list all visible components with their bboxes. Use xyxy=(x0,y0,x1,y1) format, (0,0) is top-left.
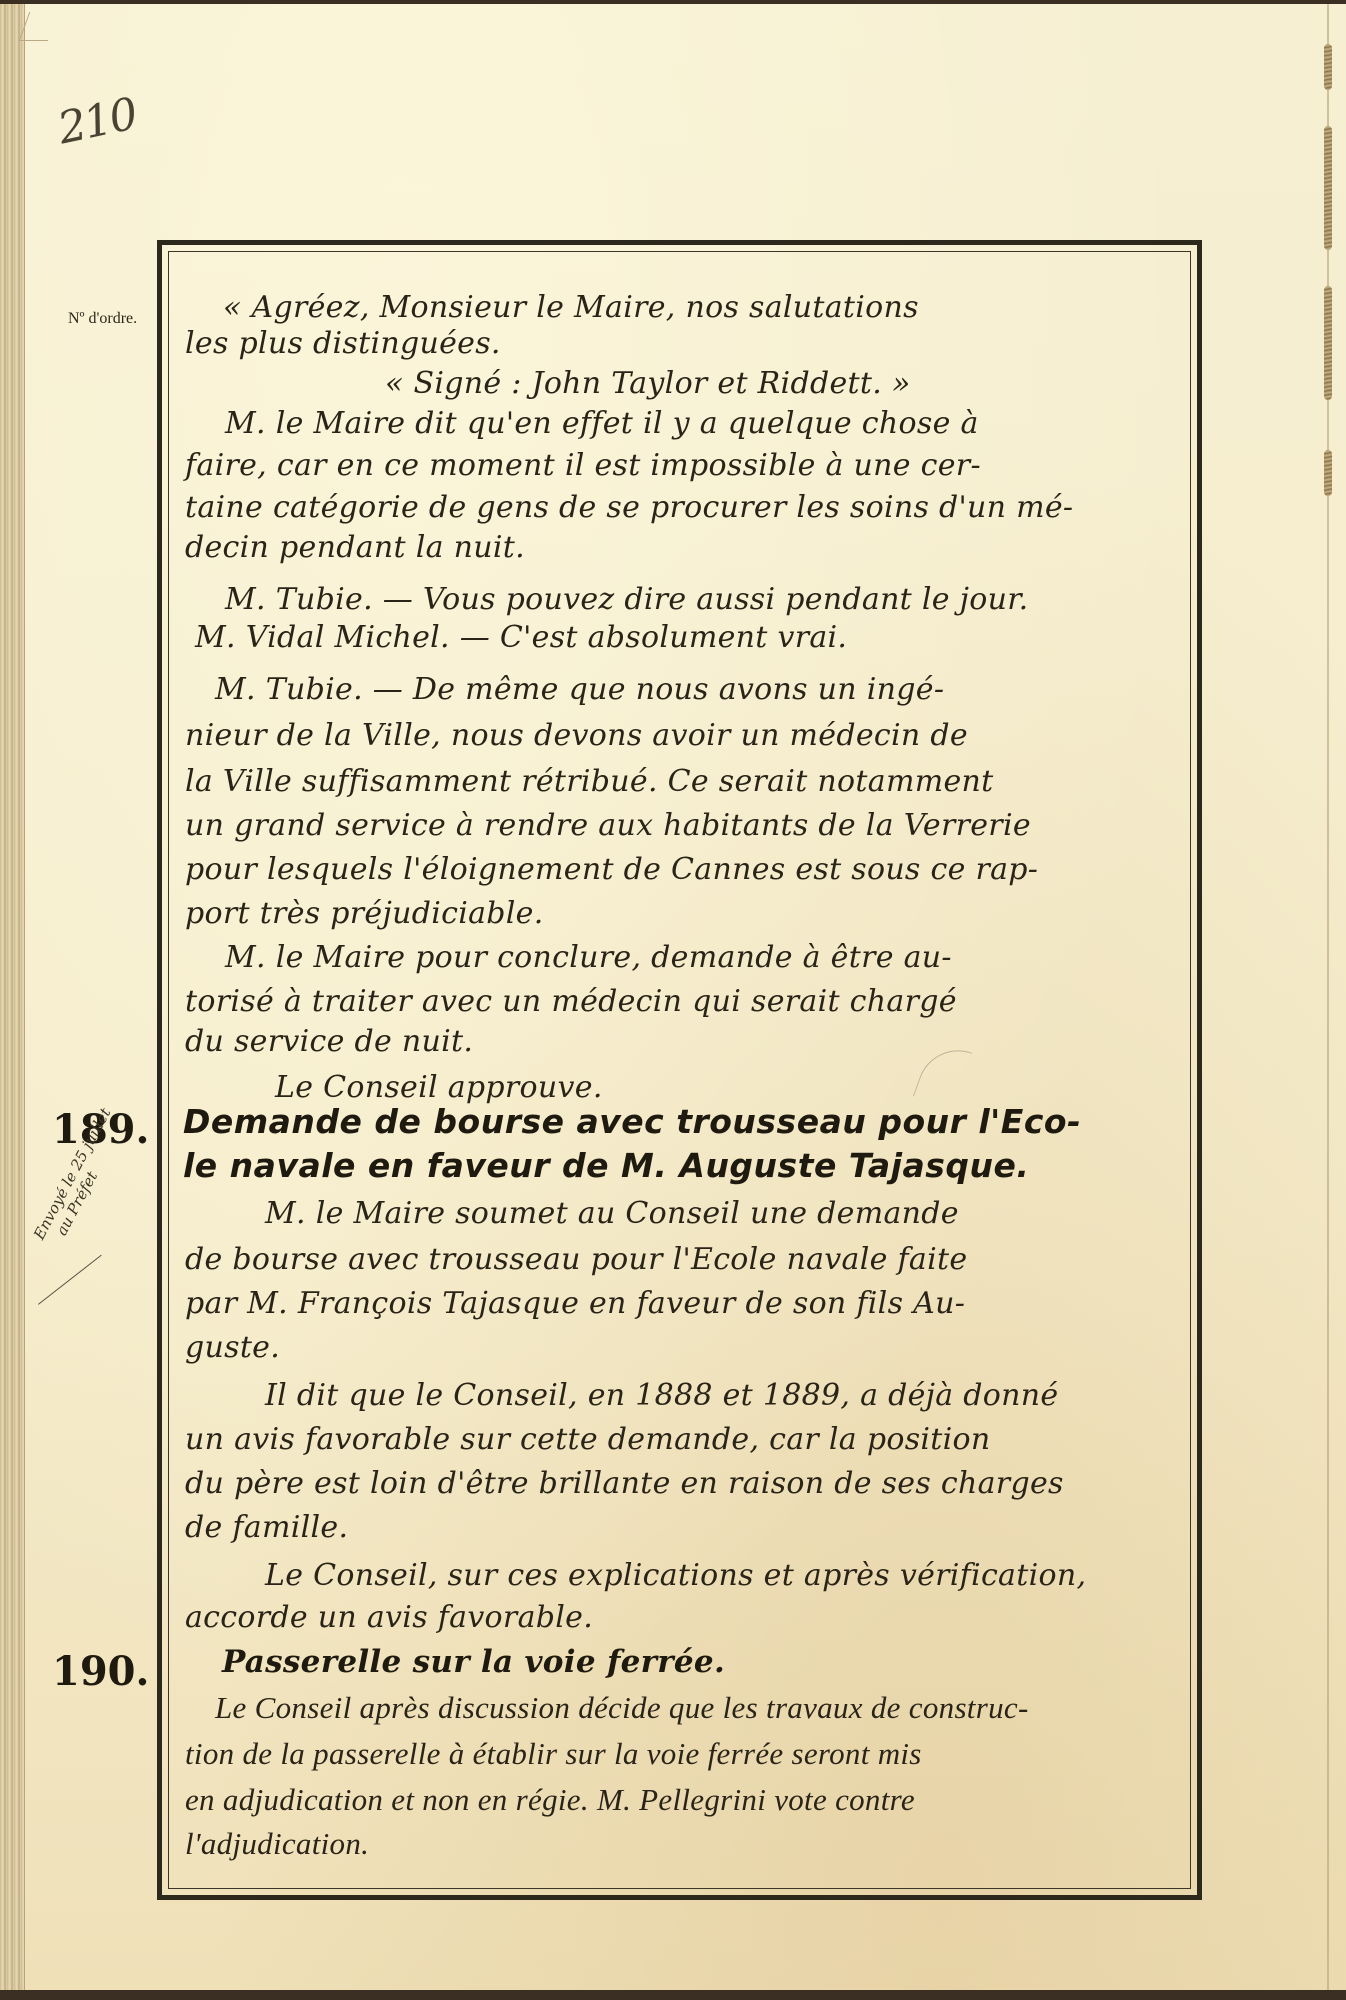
manuscript-line: pour lesquels l'éloignement de Cannes es… xyxy=(185,852,1225,887)
manuscript-line: de famille. xyxy=(185,1510,1225,1545)
manuscript-line: M. Tubie. — De même que nous avons un in… xyxy=(215,672,1255,707)
manuscript-line: les plus distinguées. xyxy=(185,326,1225,361)
manuscript-line: port très préjudiciable. xyxy=(185,896,1225,931)
manuscript-line: « Signé : John Taylor et Riddett. » xyxy=(385,366,1346,401)
item-heading: Demande de bourse avec trousseau pour l'… xyxy=(183,1102,1223,1141)
manuscript-line: du père est loin d'être brillante en rai… xyxy=(185,1466,1225,1501)
manuscript-line: un avis favorable sur cette demande, car… xyxy=(185,1422,1225,1457)
manuscript-line: Le Conseil approuve. xyxy=(275,1070,1315,1105)
manuscript-line: Le Conseil, sur ces explications et aprè… xyxy=(265,1558,1305,1593)
item-heading: Passerelle sur la voie ferrée. xyxy=(222,1644,1262,1680)
item-heading: le navale en faveur de M. Auguste Tajasq… xyxy=(183,1146,1223,1185)
manuscript-line: la Ville suffisamment rétribué. Ce serai… xyxy=(185,764,1225,799)
page-bottom-shadow xyxy=(0,1990,1346,2000)
manuscript-line: torisé à traiter avec un médecin qui ser… xyxy=(185,984,1225,1019)
page-number: 210 xyxy=(54,88,141,154)
manuscript-line: guste. xyxy=(185,1330,1225,1365)
manuscript-line: en adjudication et non en régie. M. Pell… xyxy=(185,1782,1225,1818)
manuscript-line: M. Vidal Michel. — C'est absolument vrai… xyxy=(195,620,1235,655)
binding-thread xyxy=(1324,126,1332,250)
manuscript-line: « Agréez, Monsieur le Maire, nos salutat… xyxy=(223,290,1263,325)
register-page: 210 Nº d'ordre. « Agréez, Monsieur le Ma… xyxy=(0,4,1346,1994)
margin-annotation-rule xyxy=(38,1255,102,1305)
manuscript-line: M. Tubie. — Vous pouvez dire aussi penda… xyxy=(225,582,1265,617)
manuscript-line: Il dit que le Conseil, en 1888 et 1889, … xyxy=(265,1378,1305,1413)
binding-thread xyxy=(1324,44,1332,90)
manuscript-line: de bourse avec trousseau pour l'Ecole na… xyxy=(185,1242,1225,1277)
manuscript-line: M. le Maire pour conclure, demande à êtr… xyxy=(225,940,1265,975)
manuscript-line: accorde un avis favorable. xyxy=(185,1600,1225,1635)
stacked-page-edges xyxy=(0,4,25,1994)
binding-thread xyxy=(1324,450,1332,496)
order-number-label: Nº d'ordre. xyxy=(68,310,137,328)
item-number: 190. xyxy=(52,1648,149,1695)
manuscript-line: faire, car en ce moment il est impossibl… xyxy=(185,448,1225,483)
manuscript-line: l'adjudication. xyxy=(185,1826,1225,1862)
manuscript-line: decin pendant la nuit. xyxy=(185,530,1225,565)
manuscript-line: nieur de la Ville, nous devons avoir un … xyxy=(185,718,1225,753)
manuscript-line: M. le Maire dit qu'en effet il y a quelq… xyxy=(225,406,1265,441)
manuscript-line: un grand service à rendre aux habitants … xyxy=(185,808,1225,843)
manuscript-line: M. le Maire soumet au Conseil une demand… xyxy=(265,1196,1305,1231)
manuscript-line: taine catégorie de gens de se procurer l… xyxy=(185,490,1225,525)
manuscript-line: Le Conseil après discussion décide que l… xyxy=(215,1690,1255,1726)
manuscript-line: par M. François Tajasque en faveur de so… xyxy=(185,1286,1225,1321)
manuscript-line: tion de la passerelle à établir sur la v… xyxy=(185,1736,1225,1772)
manuscript-line: du service de nuit. xyxy=(185,1024,1225,1059)
